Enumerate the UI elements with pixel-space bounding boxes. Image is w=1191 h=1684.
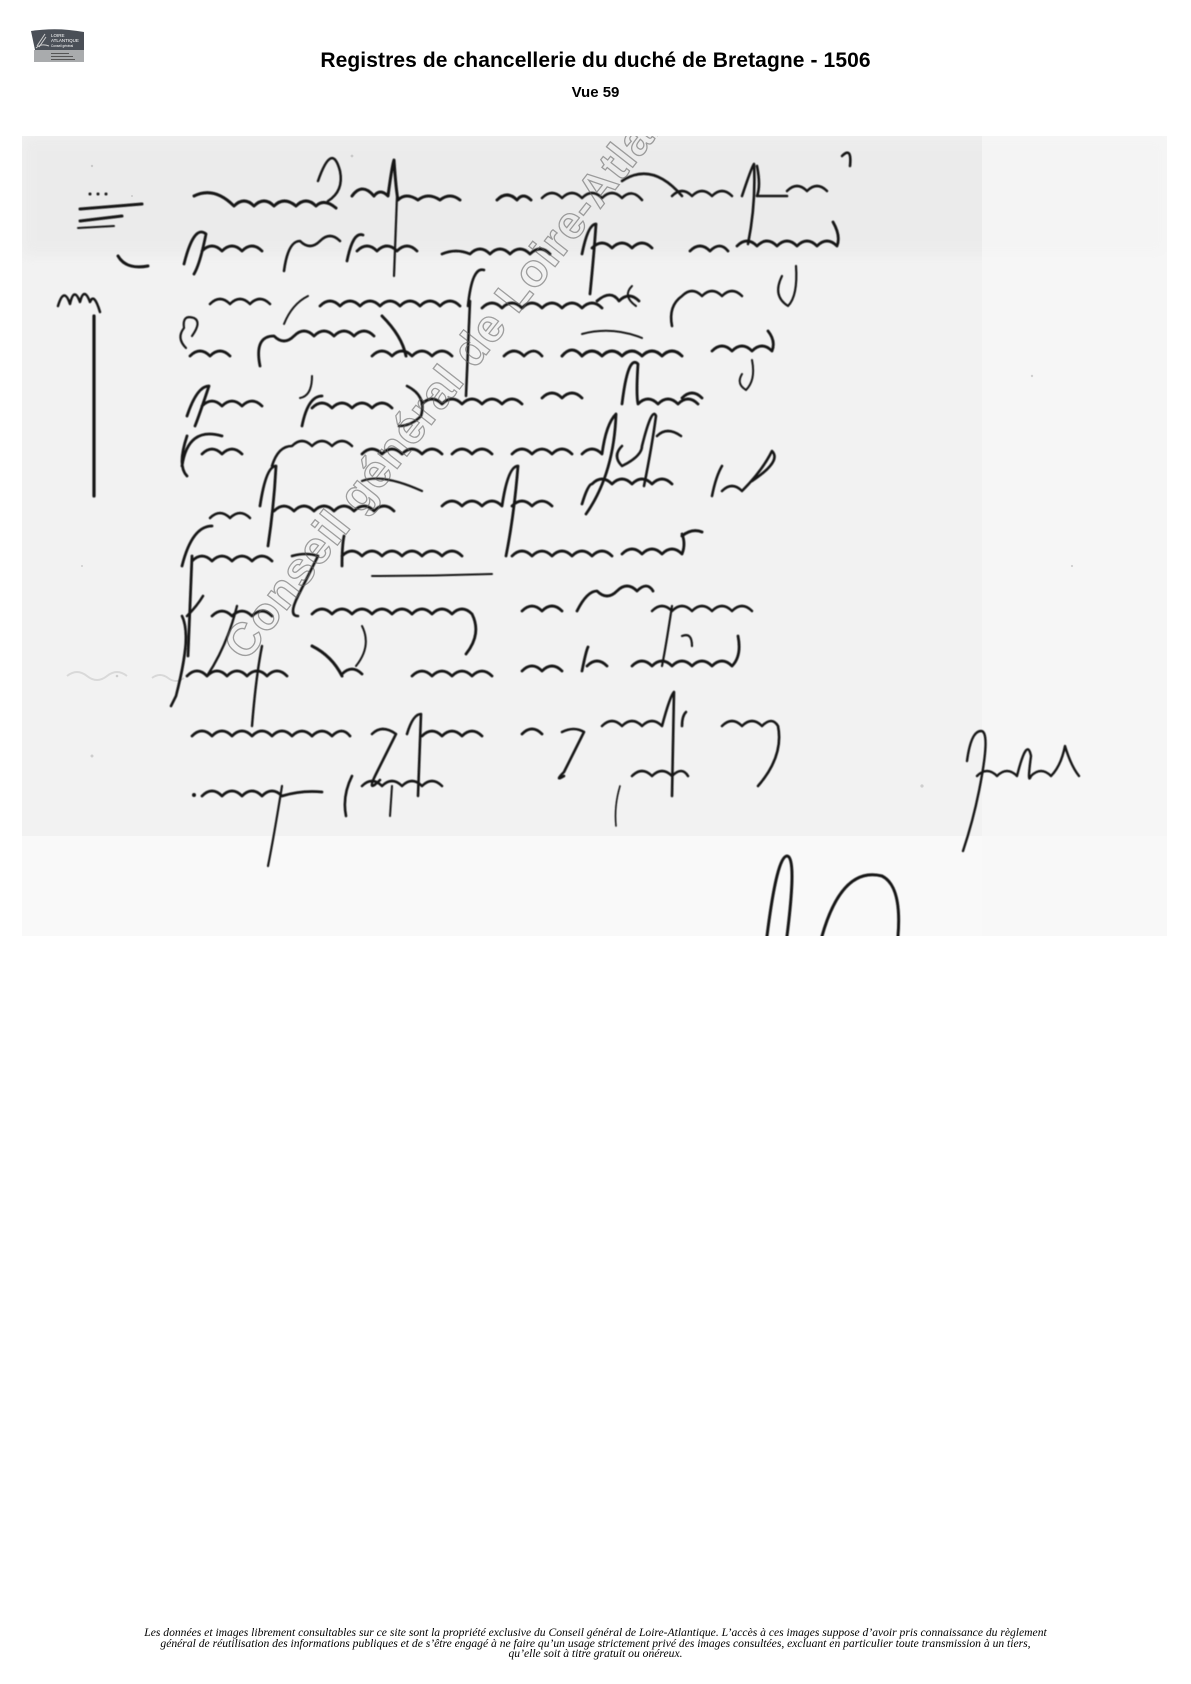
manuscript-image: Conseil général de Loire-Atlantique: [22, 136, 1167, 936]
footer-disclaimer: Les données et images librement consulta…: [40, 1628, 1151, 1660]
view-number: Vue 59: [0, 84, 1191, 102]
svg-text:ATLANTIQUE: ATLANTIQUE: [51, 38, 79, 43]
handwriting-strokes: [22, 136, 1167, 936]
page-title: Registres de chancellerie du duché de Br…: [0, 48, 1191, 74]
footer-line-3: qu’elle soit à titre gratuit ou onéreux.: [40, 1649, 1151, 1660]
